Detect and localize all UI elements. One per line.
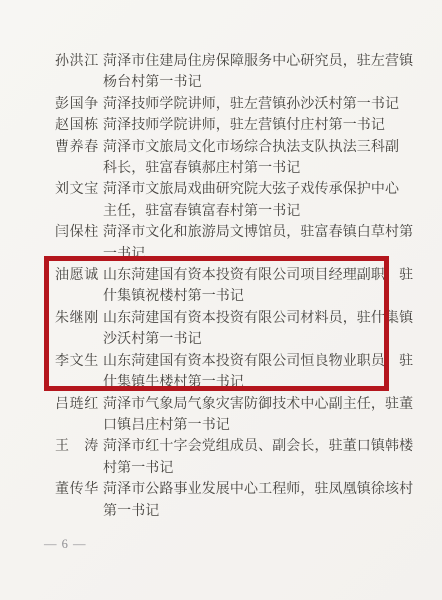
person-description: 山东菏建国有资本投资有限公司项目经理副职，驻什集镇祝楼村第一书记 xyxy=(103,265,442,308)
person-name: 孙洪江 xyxy=(55,51,103,72)
list-item: 李文生山东菏建国有资本投资有限公司恒良物业职员，驻什集镇牛楼村第一书记 xyxy=(0,351,442,394)
person-description: 菏泽市气象局气象灾害防御技术中心副主任，驻董口镇吕庄村第一书记 xyxy=(103,394,442,437)
secretary-assignment-list: 孙洪江菏泽市住建局住房保障服务中心研究员，驻左营镇杨台村第一书记彭国争菏泽技师学… xyxy=(0,51,442,522)
description-line: 杨台村第一书记 xyxy=(103,72,442,93)
person-name: 李文生 xyxy=(55,351,103,372)
page-number: — 6 — xyxy=(44,537,87,552)
person-name: 吕琏红 xyxy=(55,394,103,415)
person-name: 王 涛 xyxy=(55,436,103,457)
description-line: 一书记 xyxy=(103,244,442,265)
person-name: 朱继刚 xyxy=(55,308,103,329)
list-item: 孙洪江菏泽市住建局住房保障服务中心研究员，驻左营镇杨台村第一书记 xyxy=(0,51,442,94)
description-line: 菏泽市文化和旅游局文博馆员，驻富春镇白草村第 xyxy=(103,222,442,243)
description-line: 山东菏建国有资本投资有限公司材料员，驻什集镇 xyxy=(103,308,442,329)
list-item: 赵国栋菏泽技师学院讲师，驻左营镇付庄村第一书记 xyxy=(0,115,442,136)
person-description: 山东菏建国有资本投资有限公司材料员，驻什集镇沙沃村第一书记 xyxy=(103,308,442,351)
description-line: 菏泽市住建局住房保障服务中心研究员，驻左营镇 xyxy=(103,51,442,72)
description-line: 第一书记 xyxy=(103,501,442,522)
list-item: 王 涛菏泽市红十字会党组成员、副会长，驻董口镇韩楼村第一书记 xyxy=(0,436,442,479)
list-item: 朱继刚山东菏建国有资本投资有限公司材料员，驻什集镇沙沃村第一书记 xyxy=(0,308,442,351)
description-line: 什集镇祝楼村第一书记 xyxy=(103,286,442,307)
list-item: 刘文宝菏泽市文旅局戏曲研究院大弦子戏传承保护中心主任，驻富春镇富春村第一书记 xyxy=(0,179,442,222)
person-name: 曹养春 xyxy=(55,137,103,158)
description-line: 菏泽市气象局气象灾害防御技术中心副主任，驻董 xyxy=(103,394,442,415)
person-description: 山东菏建国有资本投资有限公司恒良物业职员，驻什集镇牛楼村第一书记 xyxy=(103,351,442,394)
person-description: 菏泽市公路事业发展中心工程师，驻凤凰镇徐垓村第一书记 xyxy=(103,479,442,522)
list-item: 吕琏红菏泽市气象局气象灾害防御技术中心副主任，驻董口镇吕庄村第一书记 xyxy=(0,394,442,437)
person-description: 菏泽市文化和旅游局文博馆员，驻富春镇白草村第一书记 xyxy=(103,222,442,265)
description-line: 沙沃村第一书记 xyxy=(103,329,442,350)
description-line: 什集镇牛楼村第一书记 xyxy=(103,372,442,393)
person-description: 菏泽技师学院讲师，驻左营镇付庄村第一书记 xyxy=(103,115,442,136)
description-line: 菏泽技师学院讲师，驻左营镇孙沙沃村第一书记 xyxy=(103,94,442,115)
person-description: 菏泽市住建局住房保障服务中心研究员，驻左营镇杨台村第一书记 xyxy=(103,51,442,94)
person-name: 油愿诚 xyxy=(55,265,103,286)
description-line: 山东菏建国有资本投资有限公司项目经理副职，驻 xyxy=(103,265,442,286)
description-line: 菏泽市文旅局戏曲研究院大弦子戏传承保护中心 xyxy=(103,179,442,200)
list-item: 彭国争菏泽技师学院讲师，驻左营镇孙沙沃村第一书记 xyxy=(0,94,442,115)
person-name: 董传华 xyxy=(55,479,103,500)
description-line: 口镇吕庄村第一书记 xyxy=(103,415,442,436)
scanned-document-page: 孙洪江菏泽市住建局住房保障服务中心研究员，驻左营镇杨台村第一书记彭国争菏泽技师学… xyxy=(0,0,442,600)
list-item: 闫保柱菏泽市文化和旅游局文博馆员，驻富春镇白草村第一书记 xyxy=(0,222,442,265)
description-line: 科长，驻富春镇郝庄村第一书记 xyxy=(103,158,442,179)
person-name: 刘文宝 xyxy=(55,179,103,200)
person-name: 赵国栋 xyxy=(55,115,103,136)
person-name: 闫保柱 xyxy=(55,222,103,243)
person-description: 菏泽市红十字会党组成员、副会长，驻董口镇韩楼村第一书记 xyxy=(103,436,442,479)
description-line: 菏泽市红十字会党组成员、副会长，驻董口镇韩楼 xyxy=(103,436,442,457)
description-line: 菏泽市文旅局文化市场综合执法支队执法三科副 xyxy=(103,137,442,158)
person-description: 菏泽技师学院讲师，驻左营镇孙沙沃村第一书记 xyxy=(103,94,442,115)
list-item: 董传华菏泽市公路事业发展中心工程师，驻凤凰镇徐垓村第一书记 xyxy=(0,479,442,522)
description-line: 村第一书记 xyxy=(103,458,442,479)
description-line: 主任，驻富春镇富春村第一书记 xyxy=(103,201,442,222)
list-item: 油愿诚山东菏建国有资本投资有限公司项目经理副职，驻什集镇祝楼村第一书记 xyxy=(0,265,442,308)
person-name: 彭国争 xyxy=(55,94,103,115)
list-item: 曹养春菏泽市文旅局文化市场综合执法支队执法三科副科长，驻富春镇郝庄村第一书记 xyxy=(0,137,442,180)
person-description: 菏泽市文旅局文化市场综合执法支队执法三科副科长，驻富春镇郝庄村第一书记 xyxy=(103,137,442,180)
description-line: 菏泽市公路事业发展中心工程师，驻凤凰镇徐垓村 xyxy=(103,479,442,500)
description-line: 菏泽技师学院讲师，驻左营镇付庄村第一书记 xyxy=(103,115,442,136)
description-line: 山东菏建国有资本投资有限公司恒良物业职员，驻 xyxy=(103,351,442,372)
person-description: 菏泽市文旅局戏曲研究院大弦子戏传承保护中心主任，驻富春镇富春村第一书记 xyxy=(103,179,442,222)
